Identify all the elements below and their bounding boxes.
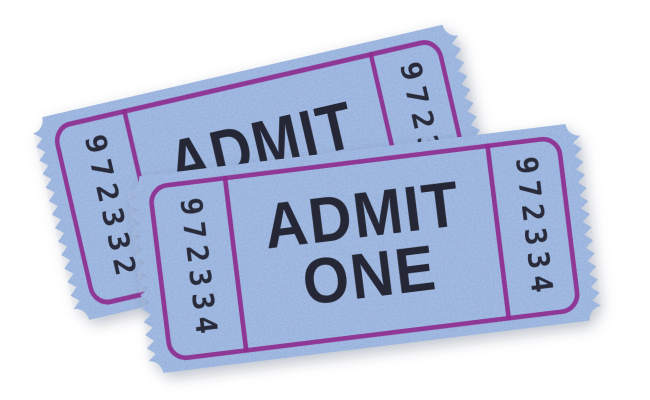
photo-two-admit-one-tickets: 972332 972332 ADMIT 972334 972334 ADMIT … [0, 0, 650, 400]
